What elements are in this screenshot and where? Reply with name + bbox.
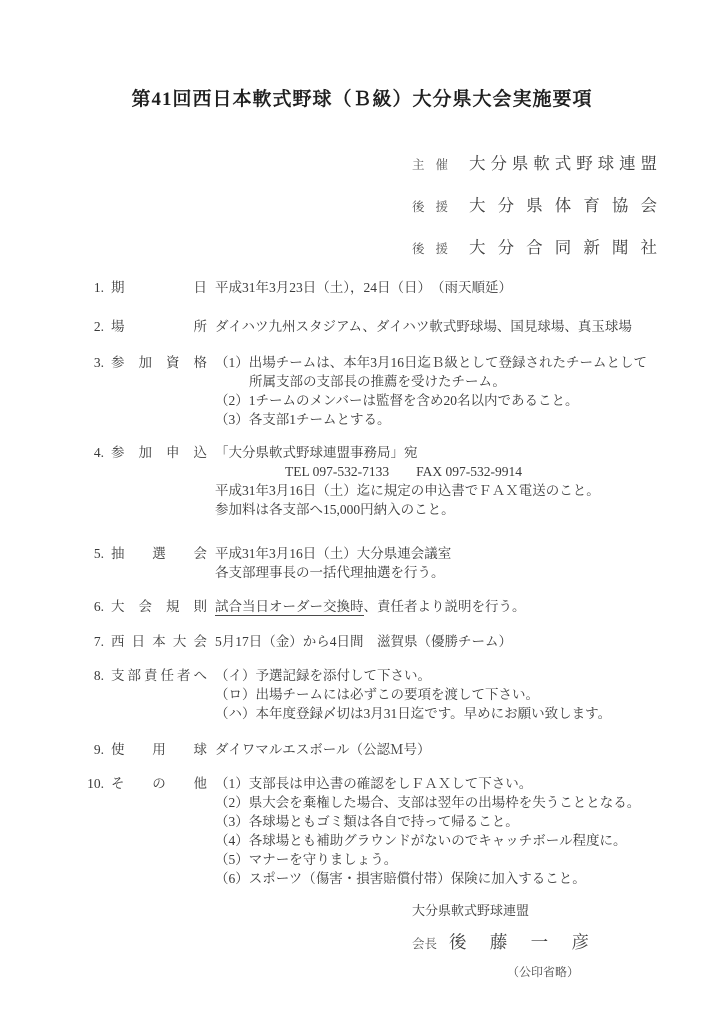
item-line: 平成31年3月16日（土）大分県連会議室: [215, 544, 724, 563]
signature-block: 大分県軟式野球連盟 会長 後藤一彦 （公印省略）: [412, 902, 724, 980]
item-content: ダイハツ九州スタジアム、ダイハツ軟式野球場、国見球場、真玉球場: [215, 317, 724, 336]
item-content: （1）支部長は申込書の確認をしＦＡＸして下さい。 （2）県大会を棄権した場合、支…: [215, 774, 724, 888]
item-line-rest: 、責任者より説明を行う。: [364, 599, 526, 614]
item-number: 7.: [82, 632, 104, 651]
item-line: 「大分県軟式野球連盟事務局」宛: [215, 443, 724, 462]
item-content: 平成31年3月23日（土），24日（日） （雨天順延）: [215, 278, 724, 297]
item-line: 試合当日オーダー交換時、責任者より説明を行う。: [215, 597, 724, 616]
item-west-japan-tournament: 7. 西日本大会 5月17日（金）から4日間 滋賀県（優勝チーム）: [82, 632, 724, 651]
item-content: 試合当日オーダー交換時、責任者より説明を行う。: [215, 597, 724, 616]
item-line: （5）マナーを守りましょう。: [215, 850, 724, 869]
item-official-ball: 9. 使用球 ダイワマルエスボール（公認Ｍ号）: [82, 740, 724, 759]
item-line: （1）支部長は申込書の確認をしＦＡＸして下さい。: [215, 774, 724, 793]
item-number: 3.: [82, 353, 104, 372]
item-line-continuation: 所属支部の支部長の推薦を受けたチーム。: [215, 372, 724, 391]
sponsor-block: 主催 大分県軟式野球連盟 後援 大分県体育協会 後援 大分合同新聞社: [412, 152, 662, 261]
item-date: 1. 期日 平成31年3月23日（土），24日（日） （雨天順延）: [82, 278, 724, 297]
item-number: 10.: [82, 774, 104, 793]
item-line: 各支部理事長の一括代理抽選を行う。: [215, 563, 724, 582]
president-title: 会長: [412, 934, 437, 952]
item-label: 参加申込: [111, 443, 207, 462]
item-application: 4. 参加申込 「大分県軟式野球連盟事務局」宛 TEL 097-532-7133…: [82, 443, 724, 519]
item-line: ダイハツ九州スタジアム、ダイハツ軟式野球場、国見球場、真玉球場: [215, 317, 724, 336]
item-label: 支部責任者へ: [111, 666, 207, 685]
sponsor-role-label: 後援: [412, 238, 448, 261]
item-label: 大会規則: [111, 597, 207, 616]
item-line: 平成31年3月23日（土），24日（日） （雨天順延）: [215, 278, 724, 297]
item-list: 1. 期日 平成31年3月23日（土），24日（日） （雨天順延） 2. 場所 …: [82, 278, 724, 888]
sponsor-role-label: 主催: [412, 154, 448, 177]
sponsor-row-supporter-1: 後援 大分県体育協会: [412, 194, 662, 219]
item-line: （2）1チームのメンバーは監督を含め20名以内であること。: [215, 391, 724, 410]
item-number: 9.: [82, 740, 104, 759]
president-row: 会長 後藤一彦: [412, 929, 724, 954]
item-branch-managers: 8. 支部責任者へ （イ）予選記録を添付して下さい。 （ロ）出場チームには必ずこ…: [82, 666, 724, 723]
item-number: 4.: [82, 443, 104, 462]
item-line: ダイワマルエスボール（公認Ｍ号）: [215, 740, 724, 759]
underlined-text: 試合当日オーダー交換時: [215, 599, 364, 616]
item-line: 平成31年3月16日（土）迄に規定の申込書でＦＡＸ電送のこと。: [215, 481, 724, 500]
item-line-tel-fax: TEL 097-532-7133 FAX 097-532-9914: [215, 462, 724, 481]
item-eligibility: 3. 参加資格 （1）出場チームは、本年3月16日迄Ｂ級として登録されたチームと…: [82, 353, 724, 429]
item-line: （3）各支部1チームとする。: [215, 410, 724, 429]
item-content: ダイワマルエスボール（公認Ｍ号）: [215, 740, 724, 759]
item-line: （6）スポーツ（傷害・損害賠償付帯）保険に加入すること。: [215, 869, 724, 888]
item-label: その他: [111, 774, 207, 793]
item-content: （イ）予選記録を添付して下さい。 （ロ）出場チームには必ずこの要項を渡して下さい…: [215, 666, 724, 723]
footer-organization: 大分県軟式野球連盟: [412, 902, 724, 920]
document-page: 第41回西日本軟式野球（Ｂ級）大分県大会実施要項 主催 大分県軟式野球連盟 後援…: [0, 0, 724, 1024]
sponsor-org-name: 大分県体育協会: [469, 194, 657, 217]
item-venue: 2. 場所 ダイハツ九州スタジアム、ダイハツ軟式野球場、国見球場、真玉球場: [82, 317, 724, 336]
item-number: 2.: [82, 317, 104, 336]
president-name: 後藤一彦: [449, 929, 589, 954]
item-content: （1）出場チームは、本年3月16日迄Ｂ級として登録されたチームとして 所属支部の…: [215, 353, 724, 429]
item-label: 参加資格: [111, 353, 207, 372]
item-line: 参加料は各支部へ15,000円納入のこと。: [215, 500, 724, 519]
item-line: 5月17日（金）から4日間 滋賀県（優勝チーム）: [215, 632, 724, 651]
item-line: （ハ）本年度登録〆切は3月31日迄です。早めにお願い致します。: [215, 704, 724, 723]
item-label: 場所: [111, 317, 207, 336]
item-line: （1）出場チームは、本年3月16日迄Ｂ級として登録されたチームとして: [215, 353, 724, 372]
sponsor-row-supporter-2: 後援 大分合同新聞社: [412, 236, 662, 261]
item-lottery: 5. 抽選会 平成31年3月16日（土）大分県連会議室 各支部理事長の一括代理抽…: [82, 544, 724, 582]
sponsor-org-name: 大分県軟式野球連盟: [469, 152, 657, 175]
item-line: （3）各球場ともゴミ類は各自で持って帰ること。: [215, 812, 724, 831]
item-label: 使用球: [111, 740, 207, 759]
item-line: （ロ）出場チームには必ずこの要項を渡して下さい。: [215, 685, 724, 704]
item-rules: 6. 大会規則 試合当日オーダー交換時、責任者より説明を行う。: [82, 597, 724, 616]
sponsor-role-label: 後援: [412, 196, 448, 219]
item-line: （イ）予選記録を添付して下さい。: [215, 666, 724, 685]
document-title: 第41回西日本軟式野球（Ｂ級）大分県大会実施要項: [0, 0, 724, 114]
item-label: 西日本大会: [111, 632, 207, 651]
item-label: 抽選会: [111, 544, 207, 563]
item-number: 8.: [82, 666, 104, 685]
item-content: 5月17日（金）から4日間 滋賀県（優勝チーム）: [215, 632, 724, 651]
item-label: 期日: [111, 278, 207, 297]
sponsor-row-organizer: 主催 大分県軟式野球連盟: [412, 152, 662, 177]
seal-note: （公印省略）: [507, 963, 724, 980]
item-content: 「大分県軟式野球連盟事務局」宛 TEL 097-532-7133 FAX 097…: [215, 443, 724, 519]
item-line: （2）県大会を棄権した場合、支部は翌年の出場枠を失うこととなる。: [215, 793, 724, 812]
item-line: （4）各球場とも補助グラウンドがないのでキャッチボール程度に。: [215, 831, 724, 850]
item-miscellaneous: 10. その他 （1）支部長は申込書の確認をしＦＡＸして下さい。 （2）県大会を…: [82, 774, 724, 888]
item-number: 5.: [82, 544, 104, 563]
item-number: 6.: [82, 597, 104, 616]
item-number: 1.: [82, 278, 104, 297]
sponsor-org-name: 大分合同新聞社: [469, 236, 657, 259]
item-content: 平成31年3月16日（土）大分県連会議室 各支部理事長の一括代理抽選を行う。: [215, 544, 724, 582]
